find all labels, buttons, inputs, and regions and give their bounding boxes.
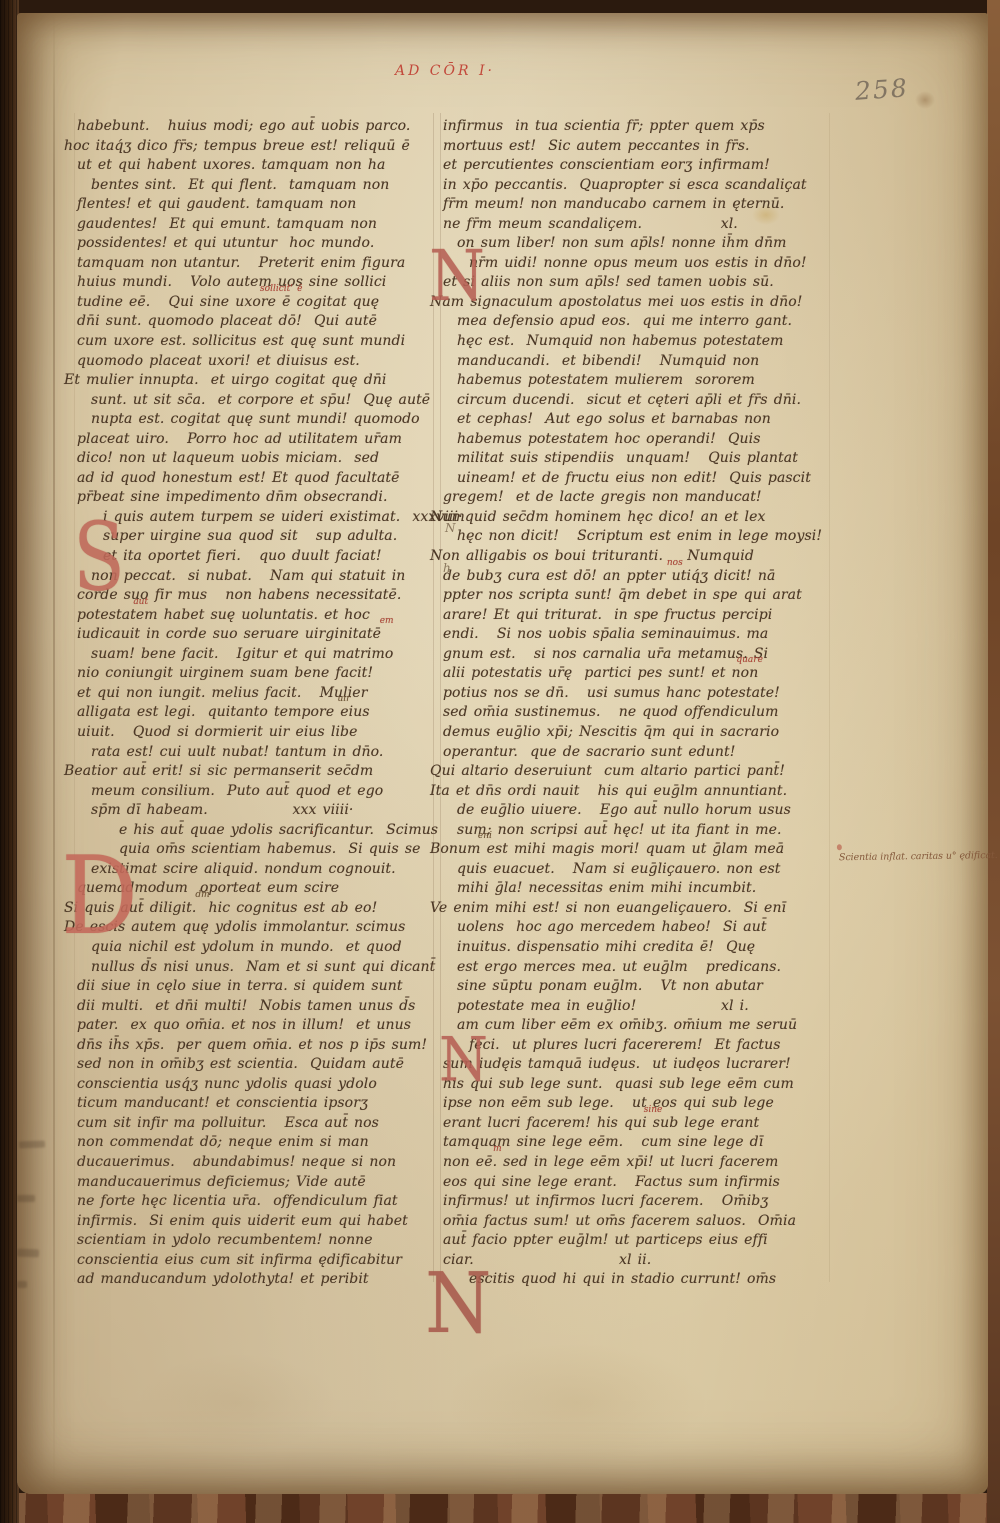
manuscript-line: placeat uiro. Porro hoc ad utilitatem ur…: [77, 430, 429, 450]
manuscript-line: potestate mea in euḡlio! xl i.: [457, 997, 829, 1017]
decorated-initial-n3: N: [425, 1265, 492, 1342]
line-text: potestate mea in euḡlio! xl i.: [457, 998, 749, 1014]
manuscript-line: sed non in om̄ibʒ est scientia. Quidam a…: [77, 1055, 429, 1075]
line-text: quia om̄s scientiam habemus. Si quis se: [119, 841, 421, 857]
manuscript-line: Et mulier innupta. et uirgo cogitat quę …: [64, 371, 429, 391]
manuscript-line: rata est! cui uult nubat! tantum in dn̄o…: [91, 743, 429, 763]
manuscript-line: non commendat dō; neque enim si man: [77, 1133, 429, 1153]
manuscript-line: sp̄m dī habeam. xxx viiii·: [91, 801, 429, 821]
folio-number: 258: [854, 73, 910, 106]
line-text: placeat uiro. Porro hoc ad utilitatem ur…: [77, 431, 402, 447]
line-text: iudicauit in corde suo seruare uirginita…: [77, 626, 381, 642]
line-text: sed non in om̄ibʒ est scientia. Quidam a…: [77, 1056, 404, 1072]
manuscript-line: on sum liber! non sum ap̄ls! nonne ih̄m …: [457, 234, 829, 254]
line-text: i quis autem turpem se uideri existimat.…: [103, 509, 463, 525]
line-text: conscientia usq́ʒ nunc ydolis quasi ydol…: [77, 1076, 377, 1092]
manuscript-line: tamquam non utantur. Preterit enim figur…: [77, 254, 429, 274]
line-text: non peccat. si nubat. Nam qui statuit in: [91, 568, 405, 584]
manuscript-line: om̄ia factus sum! ut om̄s facerem saluos…: [443, 1212, 829, 1232]
line-text: Beatior aut̄ erit! si sic permanserit se…: [64, 763, 373, 779]
line-text: infirmis. Si enim quis uiderit eum qui h…: [77, 1213, 408, 1229]
manuscript-line: arare! Et qui triturat. in spe fructus p…: [443, 606, 829, 626]
manuscript-page: AD CŌR I· 258 habebunt. huius modi; ego …: [17, 13, 988, 1494]
ruling-line: [829, 113, 830, 1282]
line-text: cum sit infir ma polluitur. Esca aut̄ no…: [77, 1115, 379, 1131]
line-text: hęc est. Numquid non habemus potestatem: [457, 333, 784, 349]
manuscript-line: et ita oportet fieri. quo duult faciat!: [103, 547, 429, 567]
manuscript-line: aut̄ facio ppter euḡlm! ut particeps eiu…: [443, 1231, 829, 1251]
line-text: ad id quod honestum est! Et quod faculta…: [77, 470, 400, 486]
manuscript-line: Ita et dn̄s ordi nauit his qui euḡlm ann…: [430, 782, 829, 802]
line-text: om̄ia factus sum! ut om̄s facerem saluos…: [443, 1213, 796, 1229]
line-text: aut̄ facio ppter euḡlm! ut particeps eiu…: [443, 1232, 768, 1248]
manuscript-line: conscientia eius cum sit infirma ędifica…: [77, 1251, 429, 1271]
manuscript-line: am cum liber eēm ex om̄ibʒ. om̄ium me se…: [457, 1016, 829, 1036]
line-text: ipse non eēm sub lege. ut eos qui sub le…: [443, 1095, 774, 1111]
line-text: uineam! et de fructu eius non edit! Quis…: [457, 470, 811, 486]
manuscript-line: sine sūptu ponam euḡlm. Vt non abutar: [457, 977, 829, 997]
manuscript-line: infirmis. Si enim quis uiderit eum qui h…: [77, 1212, 429, 1232]
line-text: Non alligabis os boui trituranti. Numqui…: [430, 548, 754, 564]
manuscript-line: tudine eē. Qui sine uxore ē cogitat quęs…: [77, 293, 429, 313]
manuscript-line: sunt. ut sit sc̄a. et corpore et sp̄u! Q…: [91, 391, 429, 411]
manuscript-line: conscientia usq́ʒ nunc ydolis quasi ydol…: [77, 1075, 429, 1095]
manuscript-line: dico! non ut laqueum uobis miciam. sed: [77, 449, 429, 469]
line-text: Et mulier innupta. et uirgo cogitat quę …: [64, 372, 387, 388]
manuscript-line: de bubʒ cura est dō! an ppter utiq́ʒ dic…: [443, 567, 829, 587]
line-text: de euḡlio uiuere. Ego aut̄ nullo horum u…: [457, 802, 791, 818]
manuscript-line: nr̄m uidi! nonne opus meum uos estis in …: [469, 254, 829, 274]
manuscript-line: habemus potestatem mulierem sororem: [457, 371, 829, 391]
line-text: et cephas! Aut ego solus et barnabas non: [457, 411, 771, 427]
showthrough-smudge: [17, 1249, 39, 1258]
manuscript-line: mea defensio apud eos. qui me interro ga…: [457, 312, 829, 332]
line-text: suam! bene facit. Igitur et qui matrimo: [91, 646, 393, 662]
line-text: operantur. que de sacrario sunt edunt!: [443, 744, 735, 760]
line-text: tudine eē. Qui sine uxore ē cogitat quę: [77, 294, 379, 310]
line-text: et percutientes conscientiam eorʒ infirm…: [443, 157, 770, 173]
parchment-stain: [137, 1353, 337, 1453]
line-text: dn̄i sunt. quomodo placeat dō! Qui autē: [77, 313, 377, 329]
manuscript-line: Bonum est mihi magis mori! quam ut ḡlam …: [430, 840, 829, 860]
line-text: ut et qui habent uxores. tamquam non ha: [77, 157, 385, 173]
line-text: sum iudęis tamquā iudęus. ut iudęos lucr…: [443, 1056, 791, 1072]
manuscript-line: pr̄beat sine impedimento dn̄m obsecrandi…: [77, 488, 429, 508]
line-text: sunt. ut sit sc̄a. et corpore et sp̄u! Q…: [91, 392, 430, 408]
manuscript-line: ducauerimus. abundabimus! neque si non: [77, 1153, 429, 1173]
interlinear-gloss: eni: [478, 832, 492, 841]
manuscript-line: nullus d̄s nisi unus. Nam et si sunt qui…: [91, 958, 429, 978]
line-text: infirmus in tua scientia fr̄; ppter quem…: [443, 118, 765, 134]
line-text: possidentes! et qui utuntur hoc mundo.: [77, 235, 374, 251]
line-text: nio coniungit uirginem suam bene facit!: [77, 665, 373, 681]
running-header: AD CŌR I·: [375, 63, 515, 79]
manuscript-line: de euḡlio uiuere. Ego aut̄ nullo horum u…: [457, 801, 829, 821]
line-text: meum consilium. Puto aut̄ quod et ego: [91, 783, 383, 799]
manuscript-line: alii potestatis ur̄ę partici pes sunt! e…: [443, 664, 829, 684]
line-text: tamquam sine lege eēm. cum sine lege dī: [443, 1134, 763, 1150]
parchment-stain: [447, 1343, 707, 1463]
line-text: est ergo merces mea. ut euḡlm predicans.: [457, 959, 781, 975]
manuscript-line: dn̄i sunt. quomodo placeat dō! Qui autē: [77, 312, 429, 332]
manuscript-line: manducandi. et bibendi! Numquid non: [457, 352, 829, 372]
showthrough-smudge: [17, 1195, 35, 1202]
line-text: habemus potestatem mulierem sororem: [457, 372, 755, 388]
manuscript-line: uineam! et de fructu eius non edit! Quis…: [457, 469, 829, 489]
line-text: habebunt. huius modi; ego aut̄ uobis par…: [77, 118, 410, 134]
line-text: manducandi. et bibendi! Numquid non: [457, 353, 759, 369]
manuscript-line: operantur. que de sacrario sunt edunt!: [443, 743, 829, 763]
manuscript-line: ipse non eēm sub lege. ut eos qui sub le…: [443, 1094, 829, 1114]
line-text: feci. ut plures lucri facererem! Et fact…: [469, 1037, 781, 1053]
line-text: e his aut̄ quae ydolis sacrificantur. Sc…: [119, 822, 438, 838]
line-text: non commendat dō; neque enim si man: [77, 1134, 369, 1150]
parchment-stain: [977, 133, 1000, 433]
line-text: infirmus! ut infirmos lucri facerem. Om̄…: [443, 1193, 768, 1209]
manuscript-line: in xp̄o peccantis. Quapropter si esca sc…: [443, 176, 829, 196]
manuscript-line: erant lucri facerem! his qui sub lege er…: [443, 1114, 829, 1134]
manuscript-line: huius mundi. Volo autem uos sine sollici: [77, 273, 429, 293]
manuscript-line: mortuus est! Sic autem peccantes in fr̄s…: [443, 137, 829, 157]
line-text: gregem! et de lacte gregis non manducat!: [443, 489, 762, 505]
line-text: non eē. sed in lege eēm xp̄i! ut lucri f…: [443, 1154, 778, 1170]
interlinear-gloss: ': [311, 832, 313, 841]
line-text: sed om̄ia sustinemus. ne quod offendicul…: [443, 704, 778, 720]
line-text: ppter nos scripta sunt! q̄m debet in spe…: [443, 587, 802, 603]
line-text: gaudentes! Et qui emunt. tamquam non: [77, 216, 377, 232]
manuscript-line: Qui altario deseruiunt cum altario parti…: [430, 762, 829, 782]
line-text: erant lucri facerem! his qui sub lege er…: [443, 1115, 759, 1131]
line-text: flentes! et qui gaudent. tamquam non: [77, 196, 356, 212]
manuscript-line: suam! bene facit. Igitur et qui matrimo: [91, 645, 429, 665]
line-text: mihi ḡla! necessitas enim mihi incumbit.: [457, 880, 756, 896]
manuscript-line: endi. Si nos uobis sp̄alia seminauimus. …: [443, 625, 829, 645]
line-text: potius nos se dn̄. usi sumus hanc potest…: [443, 685, 780, 701]
interlinear-gloss: dm̄: [195, 891, 209, 900]
margin-gloss-note: Scientia inflat. caritas u° ędificat.: [839, 850, 1000, 863]
line-text: arare! Et qui triturat. in spe fructus p…: [443, 607, 772, 623]
decorated-initial-n2: N: [439, 1033, 488, 1089]
line-text: ducauerimus. abundabimus! neque si non: [77, 1154, 396, 1170]
line-text: nupta est. cogitat quę sunt mundi! quomo…: [91, 411, 420, 427]
manuscript-line: uiuit. Quod si dormierit uir eius libe: [77, 723, 429, 743]
manuscript-line: habebunt. huius modi; ego aut̄ uobis par…: [77, 117, 429, 137]
manuscript-line: bentes sint. Et qui flent. tamquam non: [91, 176, 429, 196]
line-text: conscientia eius cum sit infirma ędifica…: [77, 1252, 402, 1268]
line-text: uiuit. Quod si dormierit uir eius libe: [77, 724, 357, 740]
line-text: Ita et dn̄s ordi nauit his qui euḡlm ann…: [430, 783, 787, 799]
manuscript-line: et percutientes conscientiam eorʒ infirm…: [443, 156, 829, 176]
interlinear-gloss: aut: [133, 598, 148, 607]
manuscript-line: iudicauit in corde suo seruare uirginita…: [77, 625, 429, 645]
manuscript-line: quis euacuet. Nam si euḡliçauero. non es…: [457, 860, 829, 880]
manuscript-line: et qui non iungit. melius facit. Mulier: [77, 684, 429, 704]
line-text: uolens hoc ago mercedem habeo! Si aut̄: [457, 919, 767, 935]
manuscript-line: feci. ut plures lucri facererem! Et fact…: [469, 1036, 829, 1056]
line-text: hoc itaq́ʒ dico fr̄s; tempus breue est! …: [64, 138, 410, 154]
decorated-initial-s: S: [73, 513, 125, 600]
intercolumn-mark: h: [443, 561, 451, 575]
line-text: nr̄m uidi! nonne opus meum uos estis in …: [469, 255, 807, 271]
line-text: alii potestatis ur̄ę partici pes sunt! e…: [443, 665, 758, 681]
manuscript-line: infirmus in tua scientia fr̄; ppter quem…: [443, 117, 829, 137]
line-text: habemus potestatem hoc operandi! Quis: [457, 431, 761, 447]
decorated-initial-n1: N: [429, 245, 485, 310]
interlinear-gloss: sollicit' ē: [260, 285, 302, 294]
decorated-initial-d: D: [61, 847, 138, 946]
manuscript-line: Beatior aut̄ erit! si sic permanserit se…: [64, 762, 429, 782]
line-text: quis euacuet. Nam si euḡliçauero. non es…: [457, 861, 781, 877]
intercolumn-mark: N: [445, 521, 456, 535]
line-text: demus euḡlio xp̄i; Nescitis q̄m qui in s…: [443, 724, 779, 740]
manuscript-line: possidentes! et qui utuntur hoc mundo.: [77, 234, 429, 254]
manuscript-line: ut et qui habent uxores. tamquam non ha: [77, 156, 429, 176]
interlinear-gloss: nos: [667, 559, 683, 568]
manuscript-line: Numquid sec̄dm hominem hęc dico! an et l…: [430, 508, 829, 528]
manuscript-line: meum consilium. Puto aut̄ quod et ego: [91, 782, 429, 802]
line-text: sum; non scripsi aut̄ hęc! ut ita fiant …: [457, 822, 782, 838]
line-text: sine sūptu ponam euḡlm. Vt non abutar: [457, 978, 763, 994]
line-text: huius mundi. Volo autem uos sine sollici: [77, 274, 386, 290]
manuscript-line: corde suo fir mus non habens necessitatē…: [77, 586, 429, 606]
line-text: et ita oportet fieri. quo duult faciat!: [103, 548, 382, 564]
line-text: mea defensio apud eos. qui me interro ga…: [457, 313, 792, 329]
line-text: dico! non ut laqueum uobis miciam. sed: [77, 450, 379, 466]
manuscript-line: nio coniungit uirginem suam bene facit!: [77, 664, 429, 684]
manuscript-line: e his aut̄ quae ydolis sacrificantur. Sc…: [119, 821, 429, 841]
manuscript-line: his qui sub lege sunt. quasi sub lege eē…: [443, 1075, 829, 1095]
parchment-stain: [915, 91, 935, 109]
manuscript-line: potius nos se dn̄. usi sumus hanc potest…: [443, 684, 829, 704]
manuscript-line: flentes! et qui gaudent. tamquam non: [77, 195, 429, 215]
line-text: nullus d̄s nisi unus. Nam et si sunt qui…: [91, 959, 435, 975]
line-text: Qui altario deseruiunt cum altario parti…: [430, 763, 785, 779]
line-text: ticum manducant! et conscientia ipsorʒ: [77, 1095, 368, 1111]
line-text: on sum liber! non sum ap̄ls! nonne ih̄m …: [457, 235, 786, 251]
line-text: sp̄m dī habeam. xxx viiii·: [91, 802, 353, 818]
line-text: Ve enim mihi est! si non euangeliçauero.…: [430, 900, 786, 916]
showthrough-smudge: [19, 1141, 45, 1149]
manuscript-line: dii multi. et dn̄i multi! Nobis tamen un…: [77, 997, 429, 1017]
manuscript-line: escitis quod hi qui in stadio currunt! o…: [469, 1270, 829, 1290]
manuscript-line: ad id quod honestum est! Et quod faculta…: [77, 469, 429, 489]
manuscript-line: circum ducendi. sicut et cęteri ap̄li et…: [457, 391, 829, 411]
manuscript-line: hoc itaq́ʒ dico fr̄s; tempus breue est! …: [64, 137, 429, 157]
manuscript-line: sum; non scripsi aut̄ hęc! ut ita fiant …: [457, 821, 829, 841]
text-column-left: habebunt. huius modi; ego aut̄ uobis par…: [77, 117, 429, 1290]
line-text: eos qui sine lege erant. Factus sum infi…: [443, 1174, 780, 1190]
manuscript-line: quia nichil est ydolum in mundo. et quod: [91, 938, 429, 958]
manuscript-line: sum iudęis tamquā iudęus. ut iudęos lucr…: [443, 1055, 829, 1075]
manuscript-line: et cephas! Aut ego solus et barnabas non: [457, 410, 829, 430]
line-text: escitis quod hi qui in stadio currunt! o…: [469, 1271, 776, 1287]
manuscript-line: hęc est. Numquid non habemus potestatem: [457, 332, 829, 352]
manuscript-line: manducauerimus deficiemus; Vide autē: [77, 1173, 429, 1193]
manuscript-line: quomodo placeat uxori! et diuisus est.: [77, 352, 429, 372]
line-text: super uirgine sua quod sit sup adulta.: [103, 528, 397, 544]
line-text: manducauerimus deficiemus; Vide autē: [77, 1174, 366, 1190]
manuscript-line: super uirgine sua quod sit sup adulta.: [103, 527, 429, 547]
line-text: am cum liber eēm ex om̄ibʒ. om̄ium me se…: [457, 1017, 797, 1033]
line-text: circum ducendi. sicut et cęteri ap̄li et…: [457, 392, 801, 408]
line-text: ad manducandum ydolothyta! et peribit: [77, 1271, 369, 1287]
line-text: gnum est. si nos carnalia ur̄a metamus. …: [443, 646, 768, 662]
manuscript-line: ticum manducant! et conscientia ipsorʒ: [77, 1094, 429, 1114]
line-text: dn̄s ih̄s xp̄s. per quem om̄ia. et nos p…: [77, 1037, 427, 1053]
line-text: hęc non dicit! Scriptum est enim in lege…: [457, 528, 822, 544]
manuscript-line: non eē. sed in lege eēm xp̄i! ut lucri f…: [443, 1153, 829, 1173]
interlinear-gloss: sine: [644, 1106, 663, 1115]
line-text: his qui sub lege sunt. quasi sub lege eē…: [443, 1076, 794, 1092]
parchment-crease: [53, 13, 55, 1494]
parchment-stain: [752, 205, 780, 225]
line-text: mortuus est! Sic autem peccantes in fr̄s…: [443, 138, 750, 154]
line-text: Bonum est mihi magis mori! quam ut ḡlam …: [430, 841, 784, 857]
line-text: quomodo placeat uxori! et diuisus est.: [77, 353, 360, 369]
line-text: rata est! cui uult nubat! tantum in dn̄o…: [91, 744, 383, 760]
ruling-line: [74, 113, 75, 1282]
line-text: scientiam in ydolo recumbentem! nonne: [77, 1232, 373, 1248]
manuscript-line: ciar. xl ii.: [443, 1251, 829, 1271]
manuscript-line: inuitus. dispensatio mihi credita ē! Quę: [457, 938, 829, 958]
manuscript-line: infirmus! ut infirmos lucri facerem. Om̄…: [443, 1192, 829, 1212]
manuscript-line: ad manducandum ydolothyta! et peribit: [77, 1270, 429, 1290]
manuscript-line: scientiam in ydolo recumbentem! nonne: [77, 1231, 429, 1251]
manuscript-line: gaudentes! Et qui emunt. tamquam non: [77, 215, 429, 235]
line-text: alligata est legi. quitanto tempore eius: [77, 704, 370, 720]
manuscript-line: Non alligabis os boui trituranti. Numqui…: [430, 547, 829, 567]
manuscript-line: alligata est legi. quitanto tempore eius…: [77, 703, 429, 723]
line-text: pater. ex quo om̄ia. et nos in illum! et…: [77, 1017, 411, 1033]
manuscript-line: eos qui sine lege erant. Factus sum infi…: [443, 1173, 829, 1193]
manuscript-line: dn̄s ih̄s xp̄s. per quem om̄ia. et nos p…: [77, 1036, 429, 1056]
line-text: de bubʒ cura est dō! an ppter utiq́ʒ dic…: [443, 568, 775, 584]
book-photo: AD CŌR I· 258 habebunt. huius modi; ego …: [0, 0, 1000, 1523]
line-text: et qui non iungit. melius facit. Mulier: [77, 685, 367, 701]
manuscript-line: et si aliis non sum ap̄ls! sed tamen uob…: [443, 273, 829, 293]
manuscript-line: quia om̄s scientiam habemus. Si quis se': [119, 840, 429, 860]
line-text: et si aliis non sum ap̄ls! sed tamen uob…: [443, 274, 774, 290]
book-edge-bottom: [0, 1493, 1000, 1523]
line-text: cum uxore est. sollicitus est quę sunt m…: [77, 333, 405, 349]
manuscript-line: ne forte hęc licentia ur̄a. offendiculum…: [77, 1192, 429, 1212]
line-text: Numquid sec̄dm hominem hęc dico! an et l…: [430, 509, 765, 525]
text-column-right: infirmus in tua scientia fr̄; ppter quem…: [443, 117, 829, 1290]
manuscript-line: Ve enim mihi est! si non euangeliçauero.…: [430, 899, 829, 919]
manuscript-line: dii siue in cęlo siue in terra. si quide…: [77, 977, 429, 997]
line-text: endi. Si nos uobis sp̄alia seminauimus. …: [443, 626, 768, 642]
manuscript-line: mihi ḡla! necessitas enim mihi incumbit.: [457, 879, 829, 899]
manuscript-line: pater. ex quo om̄ia. et nos in illum! et…: [77, 1016, 429, 1036]
manuscript-line: i quis autem turpem se uideri existimat.…: [103, 508, 429, 528]
manuscript-line: gregem! et de lacte gregis non manducat!: [443, 488, 829, 508]
manuscript-line: est ergo merces mea. ut euḡlm predicans.: [457, 958, 829, 978]
line-text: inuitus. dispensatio mihi credita ē! Quę: [457, 939, 755, 955]
interlinear-gloss: uir: [337, 695, 350, 704]
manuscript-line: militat suis stipendiis unquam! Quis pla…: [457, 449, 829, 469]
line-text: dii multi. et dn̄i multi! Nobis tamen un…: [77, 998, 415, 1014]
line-text: ne forte hęc licentia ur̄a. offendiculum…: [77, 1193, 398, 1209]
showthrough-smudge: [17, 1281, 27, 1288]
manuscript-line: potestatem habet suę uoluntatis. et hoca…: [77, 606, 429, 626]
interlinear-gloss: quare: [736, 656, 763, 665]
interlinear-gloss: m: [493, 1145, 502, 1154]
manuscript-line: cum uxore est. sollicitus est quę sunt m…: [77, 332, 429, 352]
manuscript-line: demus euḡlio xp̄i; Nescitis q̄m qui in s…: [443, 723, 829, 743]
manuscript-line: gnum est. si nos carnalia ur̄a metamus. …: [443, 645, 829, 665]
manuscript-line: habemus potestatem hoc operandi! Quis: [457, 430, 829, 450]
line-text: ne fr̄m meum scandaliçem. xl.: [443, 216, 738, 232]
book-edge-top: [0, 0, 1000, 14]
line-text: corde suo fir mus non habens necessitatē…: [77, 587, 401, 603]
interlinear-gloss: em: [380, 617, 394, 626]
manuscript-line: uolens hoc ago mercedem habeo! Si aut̄: [457, 918, 829, 938]
line-text: fr̄m meum! non manducabo carnem in ętern…: [443, 196, 784, 212]
line-text: Nam signaculum apostolatus mei uos estis…: [430, 294, 803, 310]
manuscript-line: hęc non dicit! Scriptum est enim in lege…: [457, 527, 829, 547]
line-text: militat suis stipendiis unquam! Quis pla…: [457, 450, 798, 466]
manuscript-line: nupta est. cogitat quę sunt mundi! quomo…: [91, 410, 429, 430]
manuscript-line: sed om̄ia sustinemus. ne quod offendicul…: [443, 703, 829, 723]
line-text: tamquam non utantur. Preterit enim figur…: [77, 255, 405, 271]
manuscript-line: existimat scire aliquid. nondum cognouit…: [91, 860, 429, 880]
manuscript-line: non peccat. si nubat. Nam qui statuit in: [91, 567, 429, 587]
manuscript-line: cum sit infir ma polluitur. Esca aut̄ no…: [77, 1114, 429, 1134]
manuscript-line: ppter nos scripta sunt! q̄m debet in spe…: [443, 586, 829, 606]
manuscript-line: Nam signaculum apostolatus mei uos estis…: [430, 293, 829, 313]
line-text: dii siue in cęlo siue in terra. si quide…: [77, 978, 403, 994]
line-text: in xp̄o peccantis. Quapropter si esca sc…: [443, 177, 807, 193]
line-text: bentes sint. Et qui flent. tamquam non: [91, 177, 389, 193]
